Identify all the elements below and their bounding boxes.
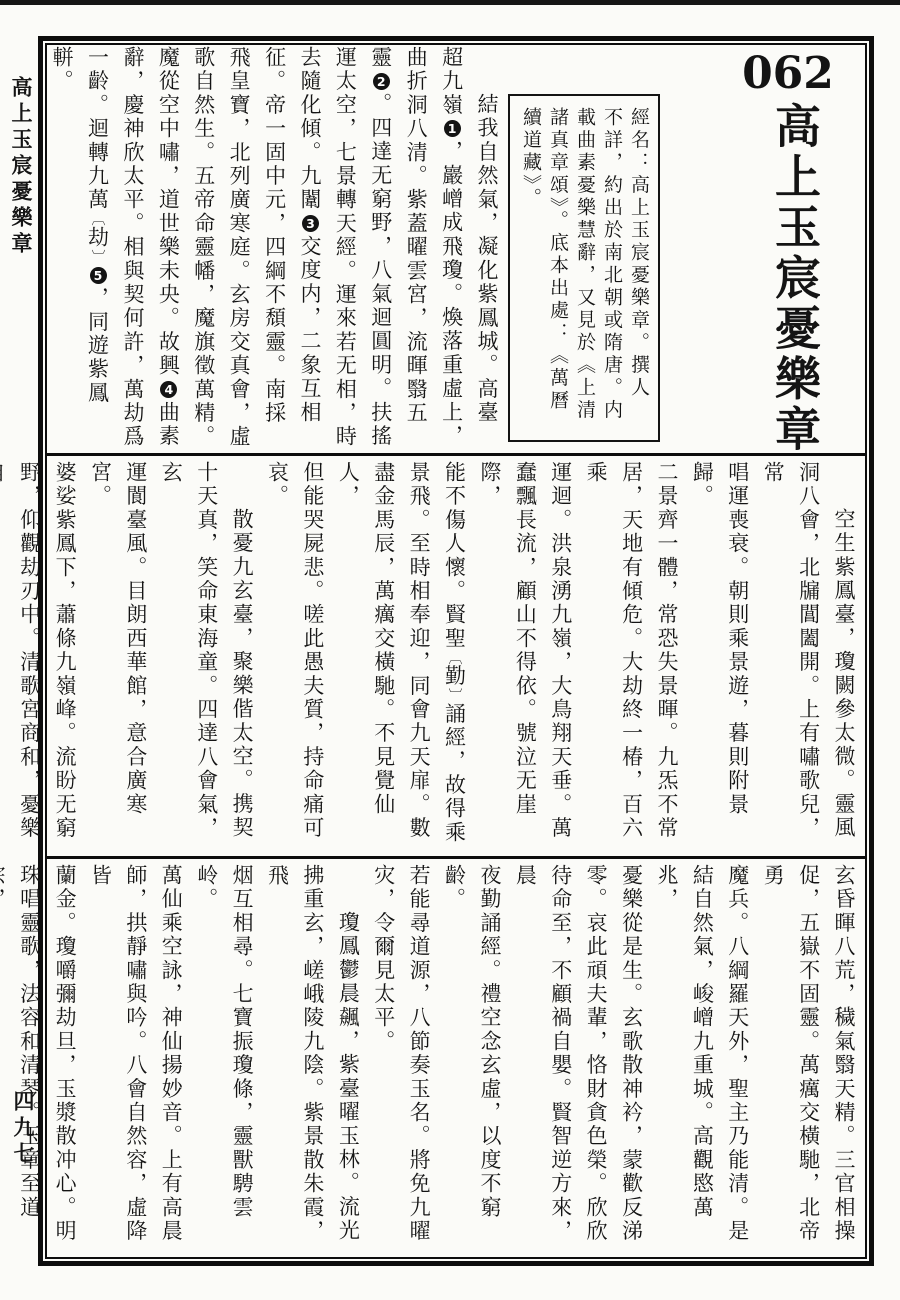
text-column: 能不傷人懷。賢聖〔勤〕誦經，故得乘 [436,461,471,853]
text-column: 十天真，笑命東海童。四達八會氣，玄 [153,461,224,853]
text-column: 但能哭屍悲。嗟此愚夫質，持命痛可 [295,461,330,853]
annotation-number-icon: 2 [373,73,390,90]
bibliographic-note-box: 經名：高上玉宸憂樂章。撰人不詳，約出於南北朝或隋唐。内載曲素憂樂慧辭，又見於《上… [508,94,660,442]
text-column: 洞八會，北牖閶闔開。上有嘯歌兒，常 [755,461,826,853]
text-column: 蘭金。瓊嚼彌劫旦，玉漿散冲心。明 [47,864,82,1254]
emendation-bracket: 〔 [447,651,463,665]
doc-number: 062 [738,48,838,99]
text-column: 灾，令爾見太平。 [365,864,400,1254]
text-column: 居，天地有傾危。大劫終一椿，百六乘 [578,461,649,853]
text-column: 運太空，七景轉天經。運來若无相，時 [327,46,362,450]
annotation-number-icon: 3 [302,215,319,232]
text-column: 烟互相尋。七寶振瓊條，靈獸騁雲岭。 [188,864,259,1254]
text-column: 結自然氣，峻嶒九重城。高觀愍萬兆， [649,864,720,1254]
text-column: 哀。 [259,461,294,853]
emendation-bracket: 〕 [90,250,106,264]
section-divider [47,453,867,456]
note-column: 諸真章頌》。底本出處：《萬曆 [544,107,571,429]
text-column: 唱運喪衰。朝則乘景遊，暮則附景歸。 [684,461,755,853]
text-column: 空生紫鳳臺，瓊闕參太微。靈風 [826,461,861,853]
text-column: 促，五嶽不固靈。萬癘交橫馳，北帝勇 [755,864,826,1254]
text-column: 憂樂從是生。玄歌散神衿，蒙歡反涕 [613,864,648,1254]
annotation-number-icon: 4 [160,381,177,398]
text-column: 待命至，不顧禍自嬰。賢智逆方來，晨 [507,864,578,1254]
doc-title: 高上玉宸憂樂章 [748,102,828,458]
scanned-page: 高上玉宸憂樂章 四九七 062 高上玉宸憂樂章 經名：高上玉宸憂樂章。撰人不詳，… [0,0,900,1300]
text-column: 歌自然生。五帝命靈幡，魔旗徵萬精。 [185,46,220,450]
text-column: 曲折洞八清。紫蓋曜雲宮，流暉翳五 [398,46,433,450]
annotation-number-icon: 5 [90,267,107,284]
text-column: 盡金馬辰，萬癘交橫馳。不見覺仙人， [330,461,401,853]
note-column: 不詳，約出於南北朝或隋唐。内 [598,107,625,429]
text-column: 萬仙乘空詠，神仙揚妙音。上有高晨 [153,864,188,1254]
text-column: 去隨化傾。九闈3交度内，二象互相 [292,46,327,450]
text-column: 一齡。迴轉九萬〔劫〕5，同遊紫鳳軿。 [44,46,115,450]
text-column: 魔兵。八綱羅天外，聖主乃能清。是 [719,864,754,1254]
section-opening: 結我自然氣，凝化紫鳳城。高臺超九嶺1，巖嶒成飛瓊。煥落重虛上，曲折洞八清。紫蓋曜… [48,46,504,450]
text-column: 珠唱靈歌，法容和清琴。玉章至道宗， [0,864,47,1254]
scan-edge-line [0,0,900,5]
text-column: 征。帝一固中元，四綱不頹靈。南採 [256,46,291,450]
emendation-bracket: 〕 [447,688,463,702]
margin-title: 高上玉宸憂樂章 [6,76,36,258]
text-column: 結我自然氣，凝化紫鳳城。高臺 [469,46,504,450]
text-column: 景飛。至時相奉迎，同會九天扉。數 [401,461,436,853]
text-column: 二景齊一體，常恐失景暉。九炁不常 [649,461,684,853]
text-column: 玄昏暉八荒，穢氣翳天精。三官相操 [826,864,861,1254]
text-column: 飛皇寶，北列廣寒庭。玄房交真會，虛 [221,46,256,450]
note-column: 載曲素憂樂慧辭，又見於《上清 [571,107,598,429]
text-column: 運迴。洪泉湧九嶺，大鳥翔天垂。萬 [542,461,577,853]
text-column: 靈2。四達无窮野，八氣迴圓明。扶搖 [362,46,397,450]
text-column: 夜勤誦經。禮空念玄虛，以度不窮齡。 [436,864,507,1254]
note-column: 經名：高上玉宸憂樂章。撰人 [625,107,652,429]
emendation-bracket: 〔 [90,212,106,226]
text-column: 辭，慶神欣太平。相與契何許，萬劫爲 [115,46,150,450]
text-column: 蠢飄長流，顧山不得依。號泣无崖際， [472,461,543,853]
section-divider [47,856,867,859]
text-column: 拂重玄，嵯峨陵九陰。紫景散朱霞，飛 [259,864,330,1254]
section-bottom: 玄昏暉八荒，穢氣翳天精。三官相操促，五嶽不固靈。萬癘交橫馳，北帝勇魔兵。八綱羅天… [48,864,861,1254]
text-column: 超九嶺1，巖嶒成飛瓊。煥落重虛上， [433,46,468,450]
annotation-number-icon: 1 [444,120,461,137]
text-column: 運閬臺風。目朗西華館，意合廣寒宮。 [82,461,153,853]
text-column: 散憂九玄臺，聚樂偕太空。携契 [224,461,259,853]
text-column: 若能尋道源，八節奏玉名。將免九曜 [401,864,436,1254]
text-column: 婆娑紫鳳下，蕭條九嶺峰。流盼无窮 [47,461,82,853]
text-column: 魔從空中嘯，道世樂未央。故興4曲素 [150,46,185,450]
text-column: 瓊鳳鬱晨飆，紫臺曜玉林。流光 [330,864,365,1254]
note-column: 續道藏》。 [517,107,544,429]
section-middle: 空生紫鳳臺，瓊闕參太微。靈風洞八會，北牖閶闔開。上有嘯歌兒，常唱運喪衰。朝則乘景… [48,461,861,853]
text-column: 野，仰觀劫刃中。清歌宮商和，憂樂自 [0,461,47,853]
text-column: 零。哀此頑夫輩，恪財貪色榮。欣欣 [578,864,613,1254]
text-column: 師，拱靜嘯與吟。八會自然容，虛降皆 [82,864,153,1254]
